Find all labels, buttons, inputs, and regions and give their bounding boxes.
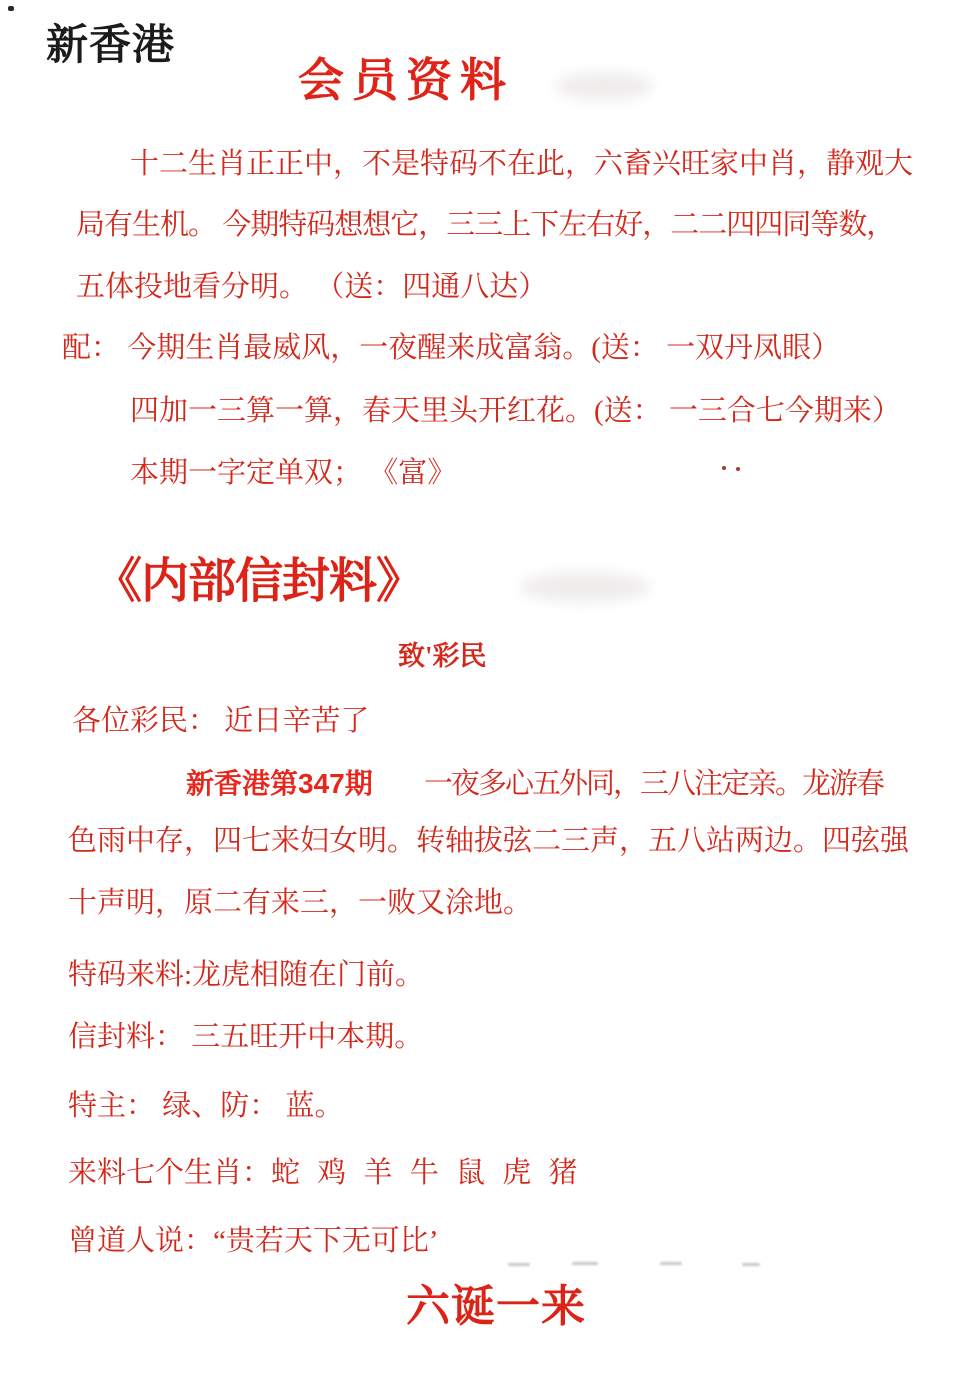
intro-line-2: 局有生机。 今期特码想想它，三三上下左右好，二二四四同等数，	[76, 211, 894, 240]
scan-dash	[660, 1262, 682, 1265]
stray-dot	[722, 466, 726, 470]
intro-line-3: 五体投地看分明。 （送：四通八达）	[76, 273, 547, 302]
scanned-tipsheet: { "brand": "新香港", "title": "会员资料", "colo…	[0, 0, 974, 1388]
quote-line: 曾道人说：“贵若天下无可比’	[68, 1227, 439, 1256]
greeting-line: 各位彩民： 近日辛苦了	[72, 707, 369, 736]
stray-dot	[736, 467, 740, 471]
verse-line-1: 一夜多心五外同，三八注定亲。龙游春	[424, 770, 883, 799]
scan-smudge	[520, 572, 650, 602]
footer-slogan: 六诞一来	[406, 1285, 586, 1329]
scan-dash	[742, 1263, 760, 1266]
intro-line-4: 配： 今期生肖最威风，一夜醒来成富翁。(送： 一双丹凤眼）	[62, 334, 840, 363]
special-code-tip: 特码来料:龙虎相随在门前。	[68, 961, 424, 990]
envelope-tip: 信封料： 三五旺开中本期。	[68, 1023, 423, 1052]
brand-title: 新香港	[46, 24, 175, 66]
zodiac-tip: 来料七个生肖：蛇 鸡 羊 牛 鼠 虎 猪	[68, 1159, 578, 1188]
intro-line-5: 四加一三算一算，春天里头开红花。(送： 一三合七今期来）	[130, 397, 901, 426]
salutation: 致'彩民	[398, 643, 487, 670]
verse-line-3: 十声明，原二有来三，一败又涂地。	[68, 889, 532, 918]
scan-dash	[508, 1263, 530, 1266]
scan-smudge	[556, 72, 652, 100]
color-tip: 特主： 绿、防： 蓝。	[68, 1092, 344, 1121]
intro-line-1: 十二生肖正正中，不是特码不在此，六畜兴旺家中肖，静观大	[130, 150, 913, 179]
verse-line-2: 色雨中存，四七来妇女明。转轴拔弦二三声，五八站两边。四弦强	[68, 827, 909, 856]
section-heading: 《内部信封料》	[94, 558, 423, 606]
issue-number-label: 新香港第347期	[186, 770, 373, 798]
scan-speck	[8, 6, 14, 11]
intro-line-6: 本期一字定单双； 《富》	[130, 459, 456, 488]
page-title: 会员资料	[298, 58, 514, 104]
scan-dash	[572, 1262, 598, 1265]
